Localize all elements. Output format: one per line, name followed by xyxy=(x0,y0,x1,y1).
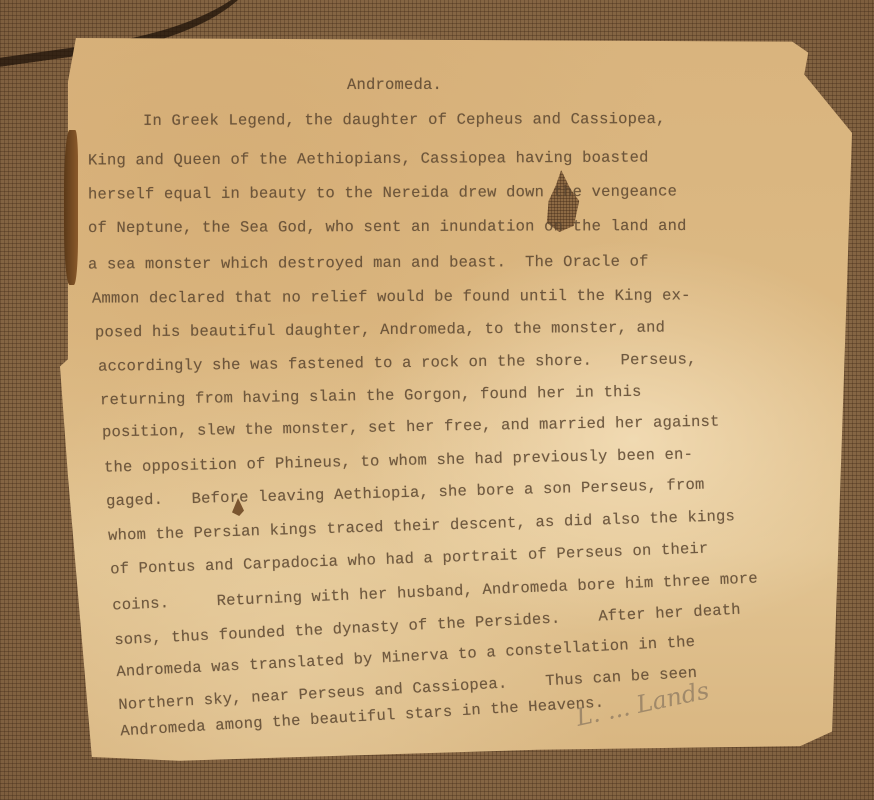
paper-tear xyxy=(64,130,78,285)
text-line: of Neptune, the Sea God, who sent an inu… xyxy=(88,217,687,237)
document-title: Andromeda. xyxy=(347,76,442,94)
text-line: herself equal in beauty to the Nereida d… xyxy=(88,182,677,203)
text-line: King and Queen of the Aethiopians, Cassi… xyxy=(88,149,649,170)
text-line: a sea monster which destroyed man and be… xyxy=(88,253,649,274)
text-line: In Greek Legend, the daughter of Cepheus… xyxy=(105,110,666,130)
text-line: Ammon declared that no relief would be f… xyxy=(92,286,691,307)
